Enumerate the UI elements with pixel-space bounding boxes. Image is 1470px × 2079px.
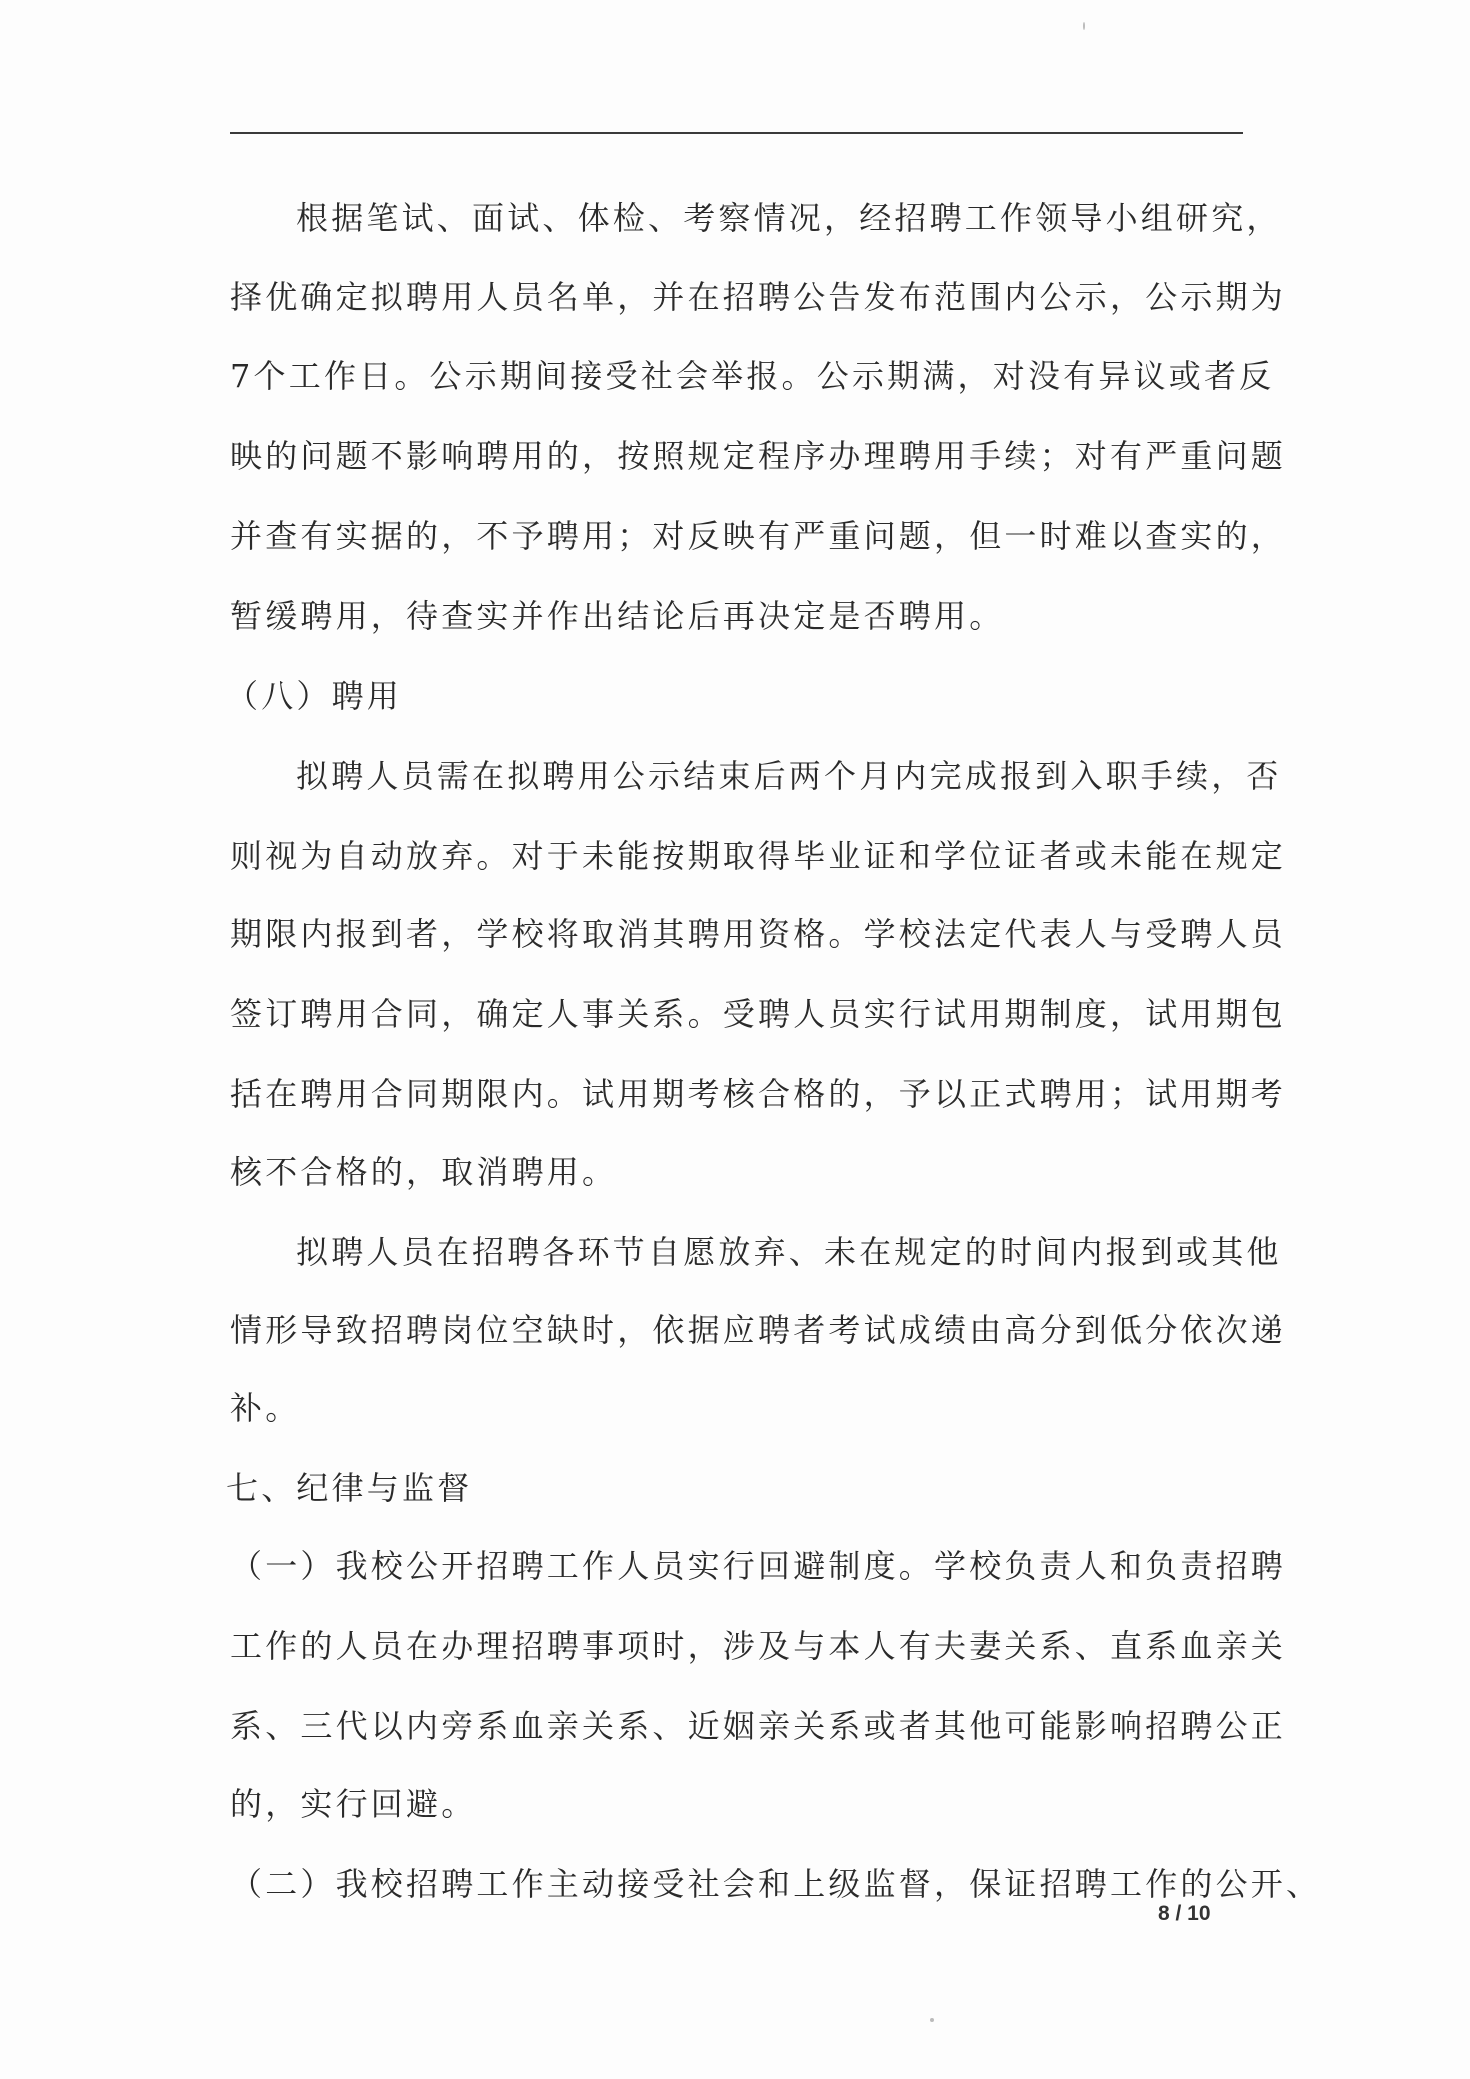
paragraph-line: 映的问题不影响聘用的，按照规定程序办理聘用手续；对有严重问题 [230, 436, 1245, 476]
paragraph-line: 签订聘用合同，确定人事关系。受聘人员实行试用期制度，试用期包 [230, 994, 1245, 1034]
paragraph-line: 期限内报到者，学校将取消其聘用资格。学校法定代表人与受聘人员 [230, 914, 1245, 954]
scan-artifact [930, 2018, 934, 2022]
paragraph-line: 根据笔试、面试、体检、考察情况，经招聘工作领导小组研究， [230, 198, 1245, 238]
section-heading: （八）聘用 [226, 676, 1241, 716]
paragraph-line: 情形导致招聘岗位空缺时，依据应聘者考试成绩由高分到低分依次递 [230, 1310, 1245, 1350]
scan-artifact [1083, 22, 1085, 30]
paragraph-line: 拟聘人员在招聘各环节自愿放弃、未在规定的时间内报到或其他 [230, 1232, 1245, 1272]
paragraph-line: 补。 [230, 1388, 1245, 1428]
paragraph-line: 则视为自动放弃。对于未能按期取得毕业证和学位证者或未能在规定 [230, 836, 1245, 876]
paragraph-line: 括在聘用合同期限内。试用期考核合格的，予以正式聘用；试用期考 [230, 1074, 1245, 1114]
paragraph-line: 核不合格的，取消聘用。 [230, 1152, 1245, 1192]
paragraph-line: 7个工作日。公示期间接受社会举报。公示期满，对没有异议或者反 [230, 356, 1245, 396]
paragraph-line: 工作的人员在办理招聘事项时，涉及与本人有夫妻关系、直系血亲关 [230, 1626, 1245, 1666]
paragraph-line: 并查有实据的，不予聘用；对反映有严重问题，但一时难以查实的， [230, 516, 1245, 556]
paragraph-line: 的，实行回避。 [230, 1784, 1245, 1824]
page-number: 8 / 10 [1158, 1902, 1211, 1926]
paragraph-line: 暂缓聘用，待查实并作出结论后再决定是否聘用。 [230, 596, 1245, 636]
paragraph-line: 系、三代以内旁系血亲关系、近姻亲关系或者其他可能影响招聘公正 [230, 1706, 1245, 1746]
section-heading: 七、纪律与监督 [226, 1468, 1241, 1508]
paragraph-line: 择优确定拟聘用人员名单，并在招聘公告发布范围内公示，公示期为 [230, 277, 1245, 317]
paragraph-line: （一）我校公开招聘工作人员实行回避制度。学校负责人和负责招聘 [230, 1546, 1245, 1586]
paragraph-line: 拟聘人员需在拟聘用公示结束后两个月内完成报到入职手续，否 [230, 756, 1245, 796]
header-rule [230, 132, 1243, 134]
paragraph-line: （二）我校招聘工作主动接受社会和上级监督，保证招聘工作的公开、 [230, 1864, 1245, 1904]
